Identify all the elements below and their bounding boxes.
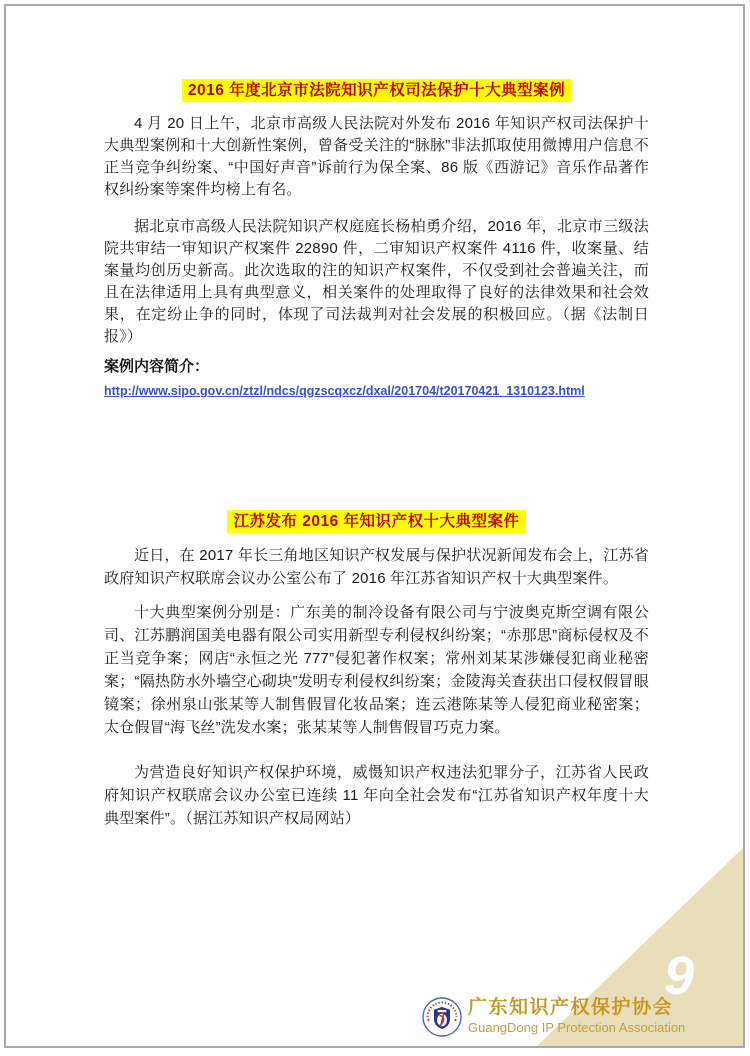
document-page: 2016 年度北京市法院知识产权司法保护十大典型案例 4 月 20 日上午，北京…	[0, 0, 750, 1056]
page-number: 9	[664, 948, 694, 1004]
case-brief-hyperlink[interactable]: http://www.sipo.gov.cn/ztzl/ndcs/qgzscqx…	[104, 384, 585, 398]
association-logo-icon	[422, 997, 462, 1037]
section1-paragraph-1: 4 月 20 日上午，北京市高级人民法院对外发布 2016 年知识产权司法保护十…	[104, 113, 649, 201]
section2-paragraph-3: 为营造良好知识产权保护环境，威慑知识产权违法犯罪分子，江苏省人民政府知识产权联席…	[104, 761, 649, 830]
case-brief-link-row: http://www.sipo.gov.cn/ztzl/ndcs/qgzscqx…	[104, 382, 649, 400]
section1-title: 2016 年度北京市法院知识产权司法保护十大典型案例	[182, 79, 571, 102]
org-name-chinese: 广东知识产权保护协会	[468, 997, 673, 1019]
section1-paragraph-2: 据北京市高级人民法院知识产权庭庭长杨柏勇介绍，2016 年，北京市三级法院共审结…	[104, 216, 649, 348]
section-title-row: 江苏发布 2016 年知识产权十大典型案件	[104, 510, 649, 533]
section2-paragraph-2: 十大典型案例分别是：广东美的制冷设备有限公司与宁波奥克斯空调有限公司、江苏鹏润国…	[104, 601, 649, 739]
case-brief-label: 案例内容简介：	[104, 357, 649, 377]
section-jiangsu-cases: 江苏发布 2016 年知识产权十大典型案件 近日，在 2017 年长三角地区知识…	[104, 510, 649, 830]
org-name-english: GuangDong IP Protection Association	[468, 1020, 685, 1036]
section-title-row: 2016 年度北京市法院知识产权司法保护十大典型案例	[104, 79, 649, 102]
section2-title: 江苏发布 2016 年知识产权十大典型案件	[227, 510, 525, 533]
section2-paragraph-1: 近日，在 2017 年长三角地区知识产权发展与保护状况新闻发布会上，江苏省政府知…	[104, 544, 649, 590]
section-beijing-cases: 2016 年度北京市法院知识产权司法保护十大典型案例 4 月 20 日上午，北京…	[104, 79, 649, 400]
